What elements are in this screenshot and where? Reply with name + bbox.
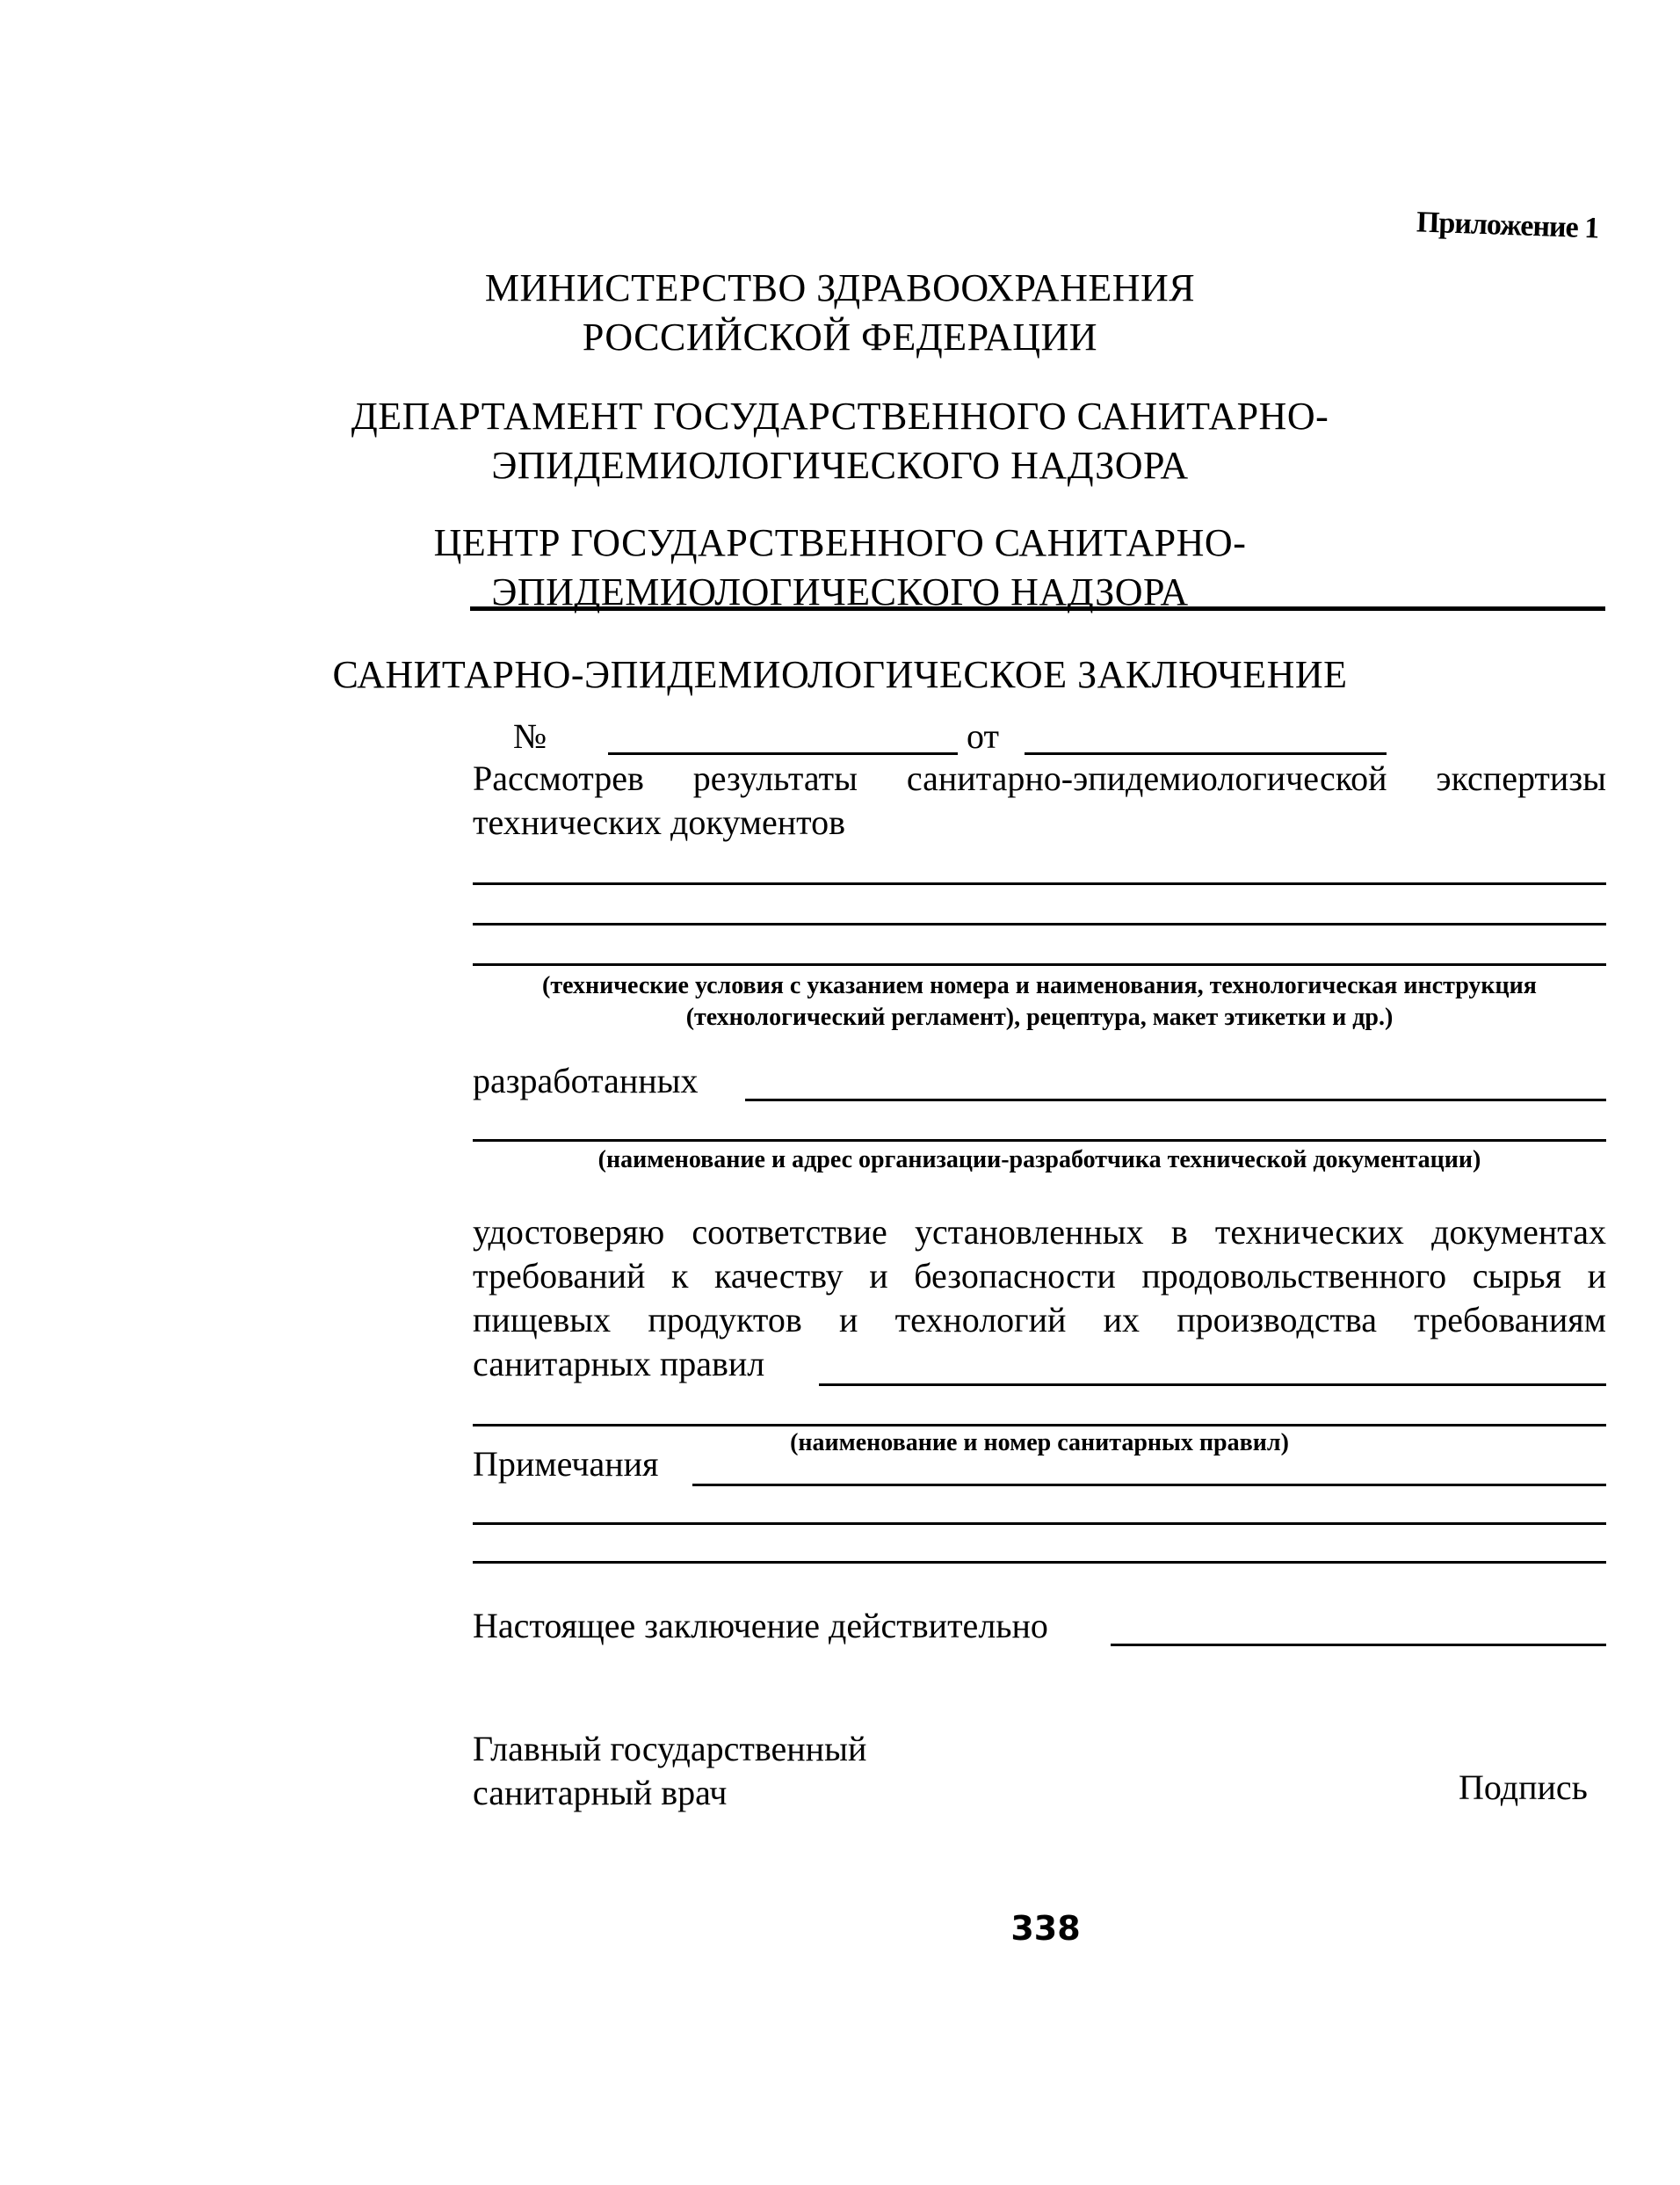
developed-label: разработанных <box>473 1058 699 1104</box>
certify-line-1: удостоверяю соответствие установленных в… <box>473 1209 1606 1255</box>
sanitary-rules-field-2[interactable] <box>473 1424 1606 1426</box>
department-line-2: ЭПИДЕМИОЛОГИЧЕСКОГО НАДЗОРА <box>0 441 1680 490</box>
document-title: САНИТАРНО-ЭПИДЕМИОЛОГИЧЕСКОЕ ЗАКЛЮЧЕНИЕ <box>0 650 1680 700</box>
notes-field-2[interactable] <box>473 1522 1606 1525</box>
tech-docs-hint-line-2: (технологический регламент), рецептура, … <box>473 1004 1606 1032</box>
department-line-1: ДЕПАРТАМЕНТ ГОСУДАРСТВЕННОГО САНИТАРНО- <box>0 392 1680 441</box>
tech-docs-field-1[interactable] <box>473 882 1606 885</box>
sanitary-rules-label: санитарных правил <box>473 1341 764 1387</box>
validity-label: Настоящее заключение действительно <box>473 1603 1048 1649</box>
header-divider <box>470 606 1605 611</box>
sanitary-rules-field-1[interactable] <box>819 1383 1606 1386</box>
notes-field-3[interactable] <box>473 1561 1606 1564</box>
ministry-line-2: РОССИЙСКОЙ ФЕДЕРАЦИИ <box>0 313 1680 362</box>
date-label: от <box>967 714 999 759</box>
intro-line-1: Рассмотрев результаты санитарно-эпидемио… <box>473 756 1606 802</box>
signatory-position-line-1: Главный государственный <box>473 1726 866 1772</box>
intro-line-2: технических документов <box>473 800 845 846</box>
center-heading: ЦЕНТР ГОСУДАРСТВЕННОГО САНИТАРНО- ЭПИДЕМ… <box>0 519 1680 617</box>
page-number: 338 <box>0 1909 1680 1948</box>
signatory-position-line-2: санитарный врач <box>473 1770 727 1816</box>
tech-docs-field-2[interactable] <box>473 923 1606 926</box>
tech-docs-hint-line-1: (технические условия с указанием номера … <box>473 972 1606 1000</box>
ministry-line-1: МИНИСТЕРСТВО ЗДРАВООХРАНЕНИЯ <box>0 264 1680 313</box>
number-field[interactable] <box>608 752 958 755</box>
certify-line-3: пищевых продуктов и технологий их произв… <box>473 1297 1606 1343</box>
developer-field-1[interactable] <box>745 1099 1606 1101</box>
center-line-1: ЦЕНТР ГОСУДАРСТВЕННОГО САНИТАРНО- <box>0 519 1680 568</box>
department-heading: ДЕПАРТАМЕНТ ГОСУДАРСТВЕННОГО САНИТАРНО- … <box>0 392 1680 490</box>
certify-line-2: требований к качеству и безопасности про… <box>473 1253 1606 1299</box>
date-field[interactable] <box>1025 752 1387 755</box>
ministry-heading: МИНИСТЕРСТВО ЗДРАВООХРАНЕНИЯ РОССИЙСКОЙ … <box>0 264 1680 362</box>
appendix-label: Приложение 1 <box>1416 206 1598 245</box>
signature-label: Подпись <box>1459 1765 1588 1811</box>
tech-docs-field-3[interactable] <box>473 963 1606 966</box>
developer-hint: (наименование и адрес организации-разраб… <box>473 1146 1606 1174</box>
notes-label: Примечания <box>473 1441 658 1487</box>
notes-field-1[interactable] <box>692 1484 1606 1486</box>
developer-field-2[interactable] <box>473 1139 1606 1142</box>
number-label: № <box>513 714 547 759</box>
validity-field[interactable] <box>1111 1644 1606 1646</box>
